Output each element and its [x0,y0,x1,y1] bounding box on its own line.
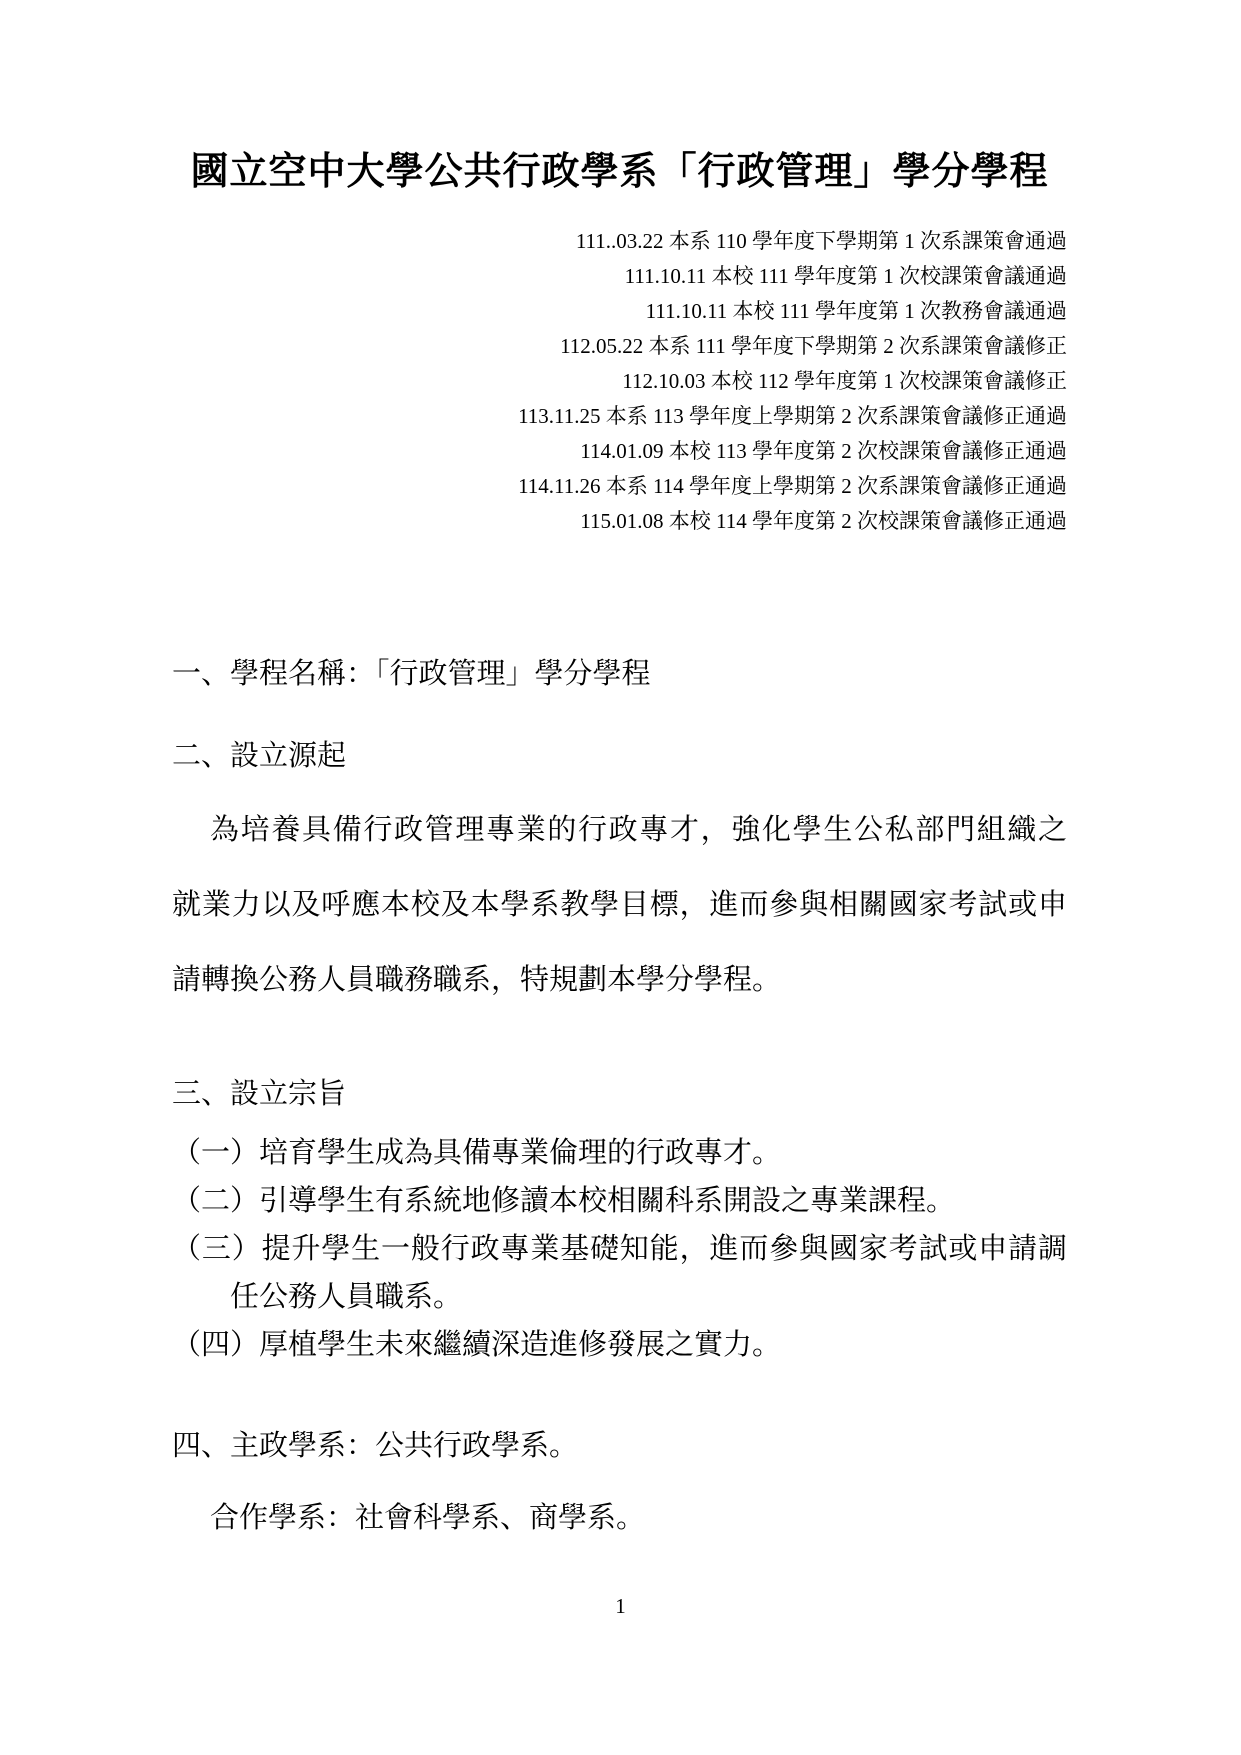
paragraph-line-2: 就業力以及呼應本校及本學系教學目標，進而參與相關國家考試或申 [172,882,1067,928]
revision-line-6: 113.11.25 本系 113 學年度上學期第 2 次系課策會議修正通過 [172,399,1067,434]
document-page: 國立空中大學公共行政學系「行政管理」學分學程 111..03.22 本系 110… [0,0,1241,1755]
list-item-3: （三）提升學生一般行政專業基礎知能，進而參與國家考試或申請調 [172,1225,1067,1273]
section-4-heading: 四、主政學系：公共行政學系。 [172,1423,1067,1469]
paragraph-line-3: 請轉換公務人員職務職系，特規劃本學分學程。 [172,957,1067,1003]
section-2-heading: 二、設立源起 [172,733,1067,779]
section-4-subline: 合作學系：社會科學系、商學系。 [172,1495,1067,1541]
page-number: 1 [0,1593,1241,1619]
revision-line-7: 114.01.09 本校 113 學年度第 2 次校課策會議修正通過 [172,434,1067,469]
revision-line-4: 112.05.22 本系 111 學年度下學期第 2 次系課策會議修正 [172,329,1067,364]
revision-line-9: 115.01.08 本校 114 學年度第 2 次校課策會議修正通過 [172,504,1067,539]
revision-line-3: 111.10.11 本校 111 學年度第 1 次教務會議通過 [172,294,1067,329]
section-3-item-list: （一）培育學生成為具備專業倫理的行政專才。 （二）引導學生有系統地修讀本校相關科… [172,1129,1067,1369]
list-item-4: （四）厚植學生未來繼續深造進修發展之實力。 [172,1321,1067,1369]
list-item-3-continuation: 任公務人員職系。 [172,1273,1067,1321]
revision-line-5: 112.10.03 本校 112 學年度第 1 次校課策會議修正 [172,364,1067,399]
section-1-heading: 一、學程名稱：「行政管理」學分學程 [172,651,1067,697]
revision-history: 111..03.22 本系 110 學年度下學期第 1 次系課策會通過 111.… [172,224,1067,539]
revision-line-8: 114.11.26 本系 114 學年度上學期第 2 次系課策會議修正通過 [172,469,1067,504]
section-3-heading: 三、設立宗旨 [172,1071,1067,1117]
list-item-1: （一）培育學生成為具備專業倫理的行政專才。 [172,1129,1067,1177]
revision-line-2: 111.10.11 本校 111 學年度第 1 次校課策會議通過 [172,259,1067,294]
paragraph-line-1: 為培養具備行政管理專業的行政專才，強化學生公私部門組織之 [172,807,1067,853]
section-2-paragraph: 為培養具備行政管理專業的行政專才，強化學生公私部門組織之 就業力以及呼應本校及本… [172,807,1067,1003]
list-item-2: （二）引導學生有系統地修讀本校相關科系開設之專業課程。 [172,1177,1067,1225]
revision-line-1: 111..03.22 本系 110 學年度下學期第 1 次系課策會通過 [172,224,1067,259]
document-title: 國立空中大學公共行政學系「行政管理」學分學程 [172,148,1067,196]
